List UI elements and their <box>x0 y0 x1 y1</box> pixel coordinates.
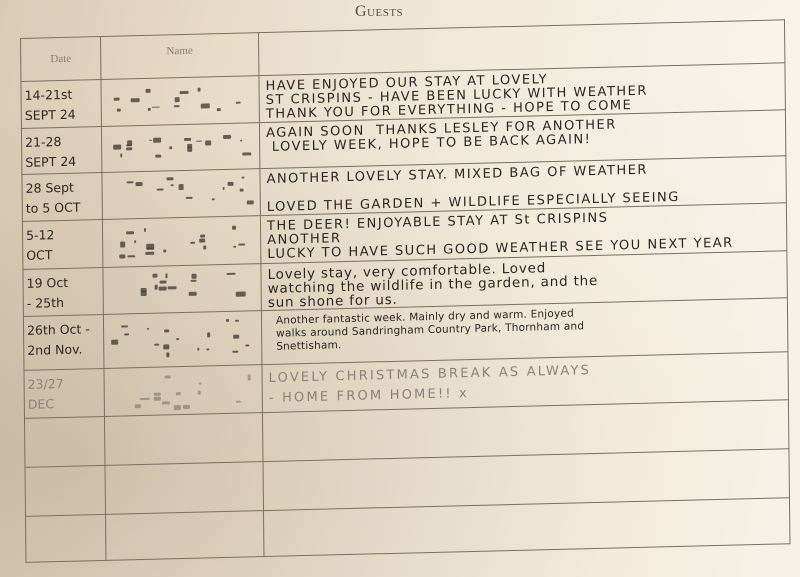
ink-mark <box>174 106 180 108</box>
name-cell <box>101 76 259 127</box>
ink-mark <box>246 200 253 204</box>
ink-mark <box>232 350 239 352</box>
date-cell: 5-12 OCT <box>22 219 102 269</box>
obscured-guest-name <box>101 76 258 126</box>
ink-mark <box>184 138 191 142</box>
ink-mark <box>192 274 197 279</box>
date-cell: 28 Sept to 5 OCT <box>22 173 102 222</box>
ink-mark <box>176 392 181 396</box>
column-header-date: Date <box>21 37 101 82</box>
stay-dates: 28 Sept to 5 OCT <box>22 173 101 219</box>
ink-mark <box>175 97 180 102</box>
ink-mark <box>188 292 196 297</box>
ink-mark <box>200 103 209 108</box>
ink-mark <box>155 155 162 158</box>
name-cell <box>101 123 259 173</box>
ink-mark <box>170 184 174 187</box>
stay-dates: 14-21st SEPT 24 <box>21 80 100 126</box>
ink-mark <box>234 245 237 248</box>
name-cell <box>104 413 263 466</box>
obscured-guest-name <box>104 311 262 368</box>
ink-mark <box>199 382 202 384</box>
ink-mark <box>198 391 202 395</box>
obscured-guest-name <box>105 413 262 465</box>
ink-mark <box>205 141 211 145</box>
ink-mark <box>235 320 239 322</box>
stay-dates: 26th Oct - 2nd Nov. <box>24 315 103 361</box>
ink-mark <box>127 140 132 145</box>
stay-dates <box>26 515 105 521</box>
name-cell <box>103 264 261 315</box>
ink-mark <box>152 106 160 108</box>
ink-mark <box>240 139 242 141</box>
obscured-guest-name <box>103 264 260 314</box>
stay-dates: 5-12 OCT <box>23 220 102 266</box>
ink-mark <box>113 145 121 150</box>
obscured-guest-name <box>102 169 259 219</box>
ink-mark <box>141 288 147 292</box>
ink-mark <box>114 97 120 100</box>
ink-mark <box>169 146 172 149</box>
ink-mark <box>198 88 201 92</box>
ink-mark <box>155 285 158 290</box>
ink-mark <box>140 398 150 400</box>
page-title: Guests <box>355 3 403 21</box>
ink-mark <box>197 348 199 351</box>
ink-mark <box>147 108 150 111</box>
ink-mark <box>190 242 195 244</box>
name-cell <box>104 365 262 417</box>
ink-mark <box>235 101 240 104</box>
ink-mark <box>136 182 143 186</box>
obscured-guest-name <box>106 511 263 560</box>
ink-mark <box>161 401 170 404</box>
ink-mark <box>190 280 196 282</box>
name-cell <box>105 462 264 515</box>
ink-mark <box>239 188 243 192</box>
name-cell <box>106 511 264 561</box>
ink-mark <box>238 243 245 245</box>
ink-mark <box>146 243 154 248</box>
ink-mark <box>226 319 229 323</box>
ink-mark <box>179 184 184 189</box>
ink-mark <box>174 405 180 410</box>
ink-mark <box>153 138 161 143</box>
date-cell <box>26 514 106 562</box>
ink-mark <box>167 286 176 289</box>
stay-dates <box>26 466 105 472</box>
ink-mark <box>156 189 163 191</box>
ink-mark <box>227 272 236 275</box>
stay-dates: 19 Oct - 25th <box>23 268 102 314</box>
obscured-guest-name <box>104 365 261 416</box>
date-cell <box>25 465 106 516</box>
ink-mark <box>134 241 136 244</box>
ink-mark <box>117 108 121 112</box>
ink-mark <box>126 148 132 151</box>
obscured-guest-name <box>105 462 262 514</box>
ink-mark <box>131 98 139 102</box>
guest-ledger-table: Date Name 14-21st SEPT 24HAVE ENJOYED OU… <box>20 19 790 563</box>
ink-mark <box>248 375 251 380</box>
ink-mark <box>164 329 169 332</box>
name-cell <box>103 311 262 369</box>
ink-mark <box>234 335 239 339</box>
ink-mark <box>163 249 166 252</box>
date-cell: 23/27 DEC <box>24 368 104 418</box>
ink-mark <box>145 89 150 94</box>
column-header-name: Name <box>101 33 259 80</box>
ink-mark <box>183 405 191 409</box>
date-cell: 26th Oct - 2nd Nov. <box>23 314 104 370</box>
ink-mark <box>153 397 160 401</box>
bleed-through-text <box>560 450 564 466</box>
stay-dates: 21-28 SEPT 24 <box>22 127 101 173</box>
ink-mark <box>177 338 180 340</box>
ink-mark <box>125 333 129 335</box>
ink-mark <box>165 375 171 378</box>
ink-mark <box>154 344 159 346</box>
ink-mark <box>121 325 128 327</box>
ink-mark <box>199 238 205 242</box>
ink-mark <box>154 392 161 395</box>
ink-mark <box>163 344 169 349</box>
ink-mark <box>236 292 246 297</box>
stay-dates: 23/27 DEC <box>24 369 103 415</box>
ink-mark <box>203 245 206 249</box>
date-cell: 14-21st SEPT 24 <box>21 80 101 129</box>
ink-mark <box>144 228 146 232</box>
ink-mark <box>232 225 236 230</box>
ink-mark <box>135 404 141 408</box>
date-cell: 21-28 SEPT 24 <box>21 127 101 175</box>
ink-mark <box>196 140 201 142</box>
date-cell <box>24 416 105 467</box>
ink-mark <box>187 147 192 151</box>
ink-mark <box>149 140 153 142</box>
ink-mark <box>167 178 173 181</box>
ink-mark <box>119 255 125 258</box>
ink-mark <box>223 134 231 138</box>
ink-mark <box>159 286 167 291</box>
ink-mark <box>126 231 134 234</box>
ink-mark <box>206 348 209 350</box>
ink-mark <box>147 328 150 330</box>
ink-mark <box>246 344 250 347</box>
ink-mark <box>217 109 221 112</box>
ink-mark <box>241 176 244 178</box>
ink-mark <box>200 234 205 237</box>
ink-mark <box>186 197 193 199</box>
ink-mark <box>243 152 251 156</box>
ink-mark <box>127 181 133 183</box>
ink-mark <box>160 280 167 283</box>
ink-mark <box>236 400 241 402</box>
ink-mark <box>152 274 157 277</box>
ink-mark <box>121 153 123 157</box>
ink-mark <box>212 198 215 200</box>
ink-mark <box>180 91 189 94</box>
ink-mark <box>145 252 154 255</box>
stay-dates <box>25 417 104 423</box>
obscured-guest-name <box>102 123 259 172</box>
ink-mark <box>121 242 126 248</box>
obscured-guest-name <box>103 216 260 267</box>
ink-mark <box>208 333 210 337</box>
ink-mark <box>128 255 135 257</box>
date-cell: 19 Oct - 25th <box>23 267 103 316</box>
ink-mark <box>166 353 169 358</box>
ink-mark <box>227 181 233 186</box>
ink-mark <box>222 187 224 189</box>
ink-mark <box>111 340 119 345</box>
name-cell <box>102 216 260 268</box>
name-cell <box>102 169 260 220</box>
ink-mark <box>166 273 168 278</box>
